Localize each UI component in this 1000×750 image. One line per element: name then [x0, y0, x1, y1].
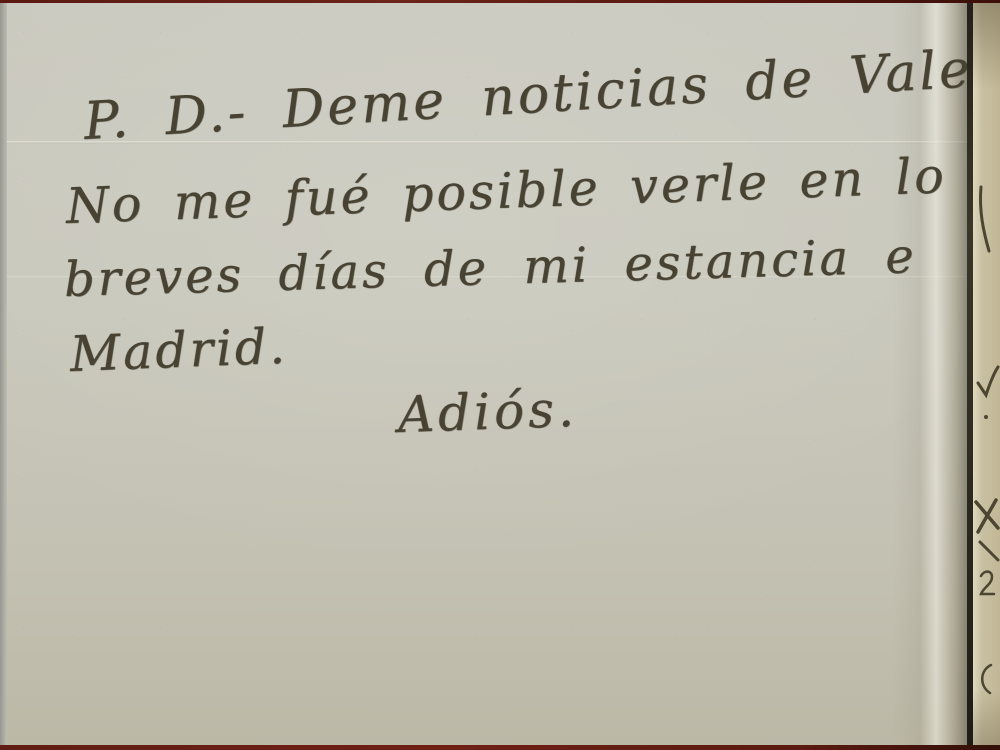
handwriting-layer: P. D.- Deme noticias de Vale No me fué p… [0, 0, 968, 750]
handwritten-line-adios: Adiós. [397, 380, 579, 444]
cover-edge-bottom [0, 745, 1000, 750]
check-stroke-icon [976, 365, 1000, 425]
handwritten-line-madrid: Madrid. [69, 318, 289, 383]
handwritten-line-2: No me fué posible verle en lo [65, 147, 948, 235]
next-page-top-shadow [973, 0, 1000, 90]
left-page-edge [0, 0, 7, 750]
handwritten-line-3: breves días de mi estancia e [63, 228, 917, 308]
next-page-bottom-shadow [973, 690, 1000, 750]
handwritten-line-postscript: P. D.- Deme noticias de Vale [82, 39, 968, 152]
x-ink-mark-icon [974, 498, 1000, 562]
letter-scan: P. D.- Deme noticias de Vale No me fué p… [0, 0, 1000, 750]
cut-letter-stroke-icon [975, 185, 997, 255]
curved-stroke-icon [977, 662, 995, 696]
cover-edge-top [0, 0, 1000, 3]
numeral-scribble-icon [978, 568, 998, 598]
